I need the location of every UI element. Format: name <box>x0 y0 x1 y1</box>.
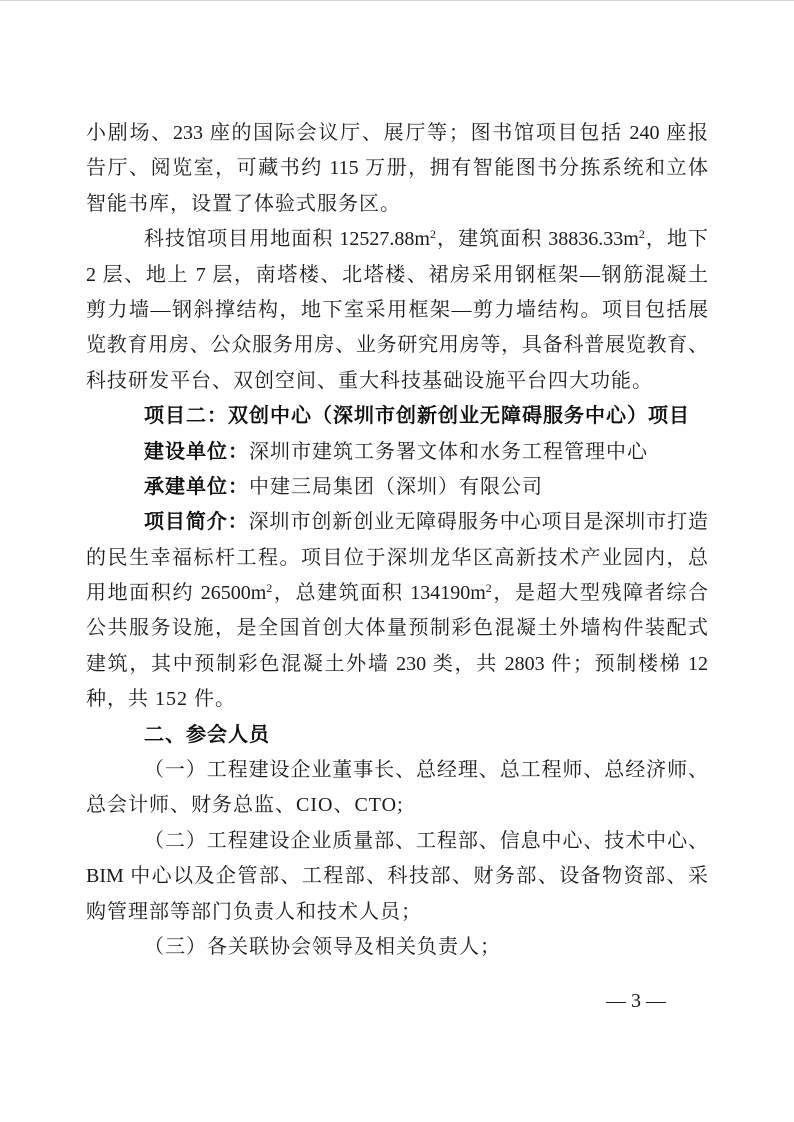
project2-intro-line-2: 的民生幸福标杆工程。项目位于深圳龙华区高新技术产业园内，总 <box>86 541 708 576</box>
participants-item3-line-1: （三）各关联协会领导及相关负责人； <box>86 930 708 965</box>
text-segment: ，总建筑面积 134190m <box>272 582 486 604</box>
text-segment: 中建三局集团（深圳）有限公司 <box>249 476 543 498</box>
page-number: — 3 — <box>86 984 708 1019</box>
para-library-line-3: 智能书库，设置了体验式服务区。 <box>86 187 708 222</box>
text-segment: 公共服务设施，是全国首创大体量预制彩色混凝土外墙构件装配式 <box>86 617 708 639</box>
para-science-museum-line-2: 2 层、地上 7 层，南塔楼、北塔楼、裙房采用钢框架—钢筋混凝土 <box>86 258 708 293</box>
project2-intro-line-3: 用地面积约 26500m2，总建筑面积 134190m2，是超大型残障者综合 <box>86 576 708 611</box>
text-segment: 剪力墙—钢斜撑结构，地下室采用框架—剪力墙结构。项目包括展 <box>86 299 708 321</box>
section-participants-heading: 二、参会人员 <box>86 718 708 753</box>
text-segment: （二）工程建设企业质量部、工程部、信息中心、技术中心、 <box>144 830 708 852</box>
text-segment: （三）各关联协会领导及相关负责人； <box>144 936 501 958</box>
text-segment: （一）工程建设企业董事长、总经理、总工程师、总经济师、 <box>144 759 708 781</box>
text-segment: 种，共 152 件。 <box>86 688 236 710</box>
project2-owner: 建设单位：深圳市建筑工务署文体和水务工程管理中心 <box>86 435 708 470</box>
para-science-museum-line-4: 览教育用房、公众服务用房、业务研究用房等，具备科普展览教育、 <box>86 328 708 363</box>
text-segment: 二、参会人员 <box>144 724 270 746</box>
participants-item1-line-1: （一）工程建设企业董事长、总经理、总工程师、总经济师、 <box>86 753 708 788</box>
project2-intro-line-4: 公共服务设施，是全国首创大体量预制彩色混凝土外墙构件装配式 <box>86 611 708 646</box>
participants-item2-line-1: （二）工程建设企业质量部、工程部、信息中心、技术中心、 <box>86 824 708 859</box>
text-segment: 建设单位： <box>144 441 249 463</box>
text-segment: 科技研发平台、双创空间、重大科技基础设施平台四大功能。 <box>86 370 653 392</box>
text-segment: 览教育用房、公众服务用房、业务研究用房等，具备科普展览教育、 <box>86 334 708 356</box>
text-segment: 深圳市建筑工务署文体和水务工程管理中心 <box>249 441 648 463</box>
project2-contractor: 承建单位：中建三局集团（深圳）有限公司 <box>86 470 708 505</box>
text-segment: 承建单位： <box>144 476 249 498</box>
para-science-museum-line-5: 科技研发平台、双创空间、重大科技基础设施平台四大功能。 <box>86 364 708 399</box>
project2-title: 项目二：双创中心（深圳市创新创业无障碍服务中心）项目 <box>86 399 708 434</box>
text-segment: 用地面积约 26500m <box>86 582 266 604</box>
participants-item1-line-2: 总会计师、财务总监、CIO、CTO; <box>86 788 708 823</box>
text-segment: 购管理部等部门负责人和技术人员； <box>86 901 422 923</box>
text-segment: BIM 中心以及企管部、工程部、科技部、财务部、设备物资部、采 <box>86 865 708 887</box>
document-body: 小剧场、233 座的国际会议厅、展厅等；图书馆项目包括 240 座报告厅、阅览室… <box>86 116 708 965</box>
text-segment: 2 层、地上 7 层，南塔楼、北塔楼、裙房采用钢框架—钢筋混凝土 <box>86 264 708 286</box>
text-segment: 告厅、阅览室，可藏书约 115 万册，拥有智能图书分拣系统和立体 <box>86 157 708 179</box>
text-segment: ，是超大型残障者综合 <box>492 582 708 604</box>
participants-item2-line-3: 购管理部等部门负责人和技术人员； <box>86 895 708 930</box>
para-library-line-2: 告厅、阅览室，可藏书约 115 万册，拥有智能图书分拣系统和立体 <box>86 151 708 186</box>
text-segment: 项目简介： <box>144 511 249 533</box>
text-segment: 项目二：双创中心（深圳市创新创业无障碍服务中心）项目 <box>144 405 690 427</box>
participants-item2-line-2: BIM 中心以及企管部、工程部、科技部、财务部、设备物资部、采 <box>86 859 708 894</box>
project2-intro-line-1: 项目简介：深圳市创新创业无障碍服务中心项目是深圳市打造 <box>86 505 708 540</box>
document-page: { "document": { "lines": [ { "name": "pa… <box>0 0 794 1122</box>
text-segment: 总会计师、财务总监、CIO、CTO; <box>86 794 404 816</box>
page-top-edge <box>0 0 794 1</box>
text-segment: 深圳市创新创业无障碍服务中心项目是深圳市打造 <box>249 511 708 533</box>
text-segment: 智能书库，设置了体验式服务区。 <box>86 193 401 215</box>
text-segment: 建筑，其中预制彩色混凝土外墙 230 类，共 2803 件；预制楼梯 12 <box>86 653 708 675</box>
text-segment: 科技馆项目用地面积 12527.88m <box>144 228 430 250</box>
para-library-line-1: 小剧场、233 座的国际会议厅、展厅等；图书馆项目包括 240 座报 <box>86 116 708 151</box>
para-science-museum-line-1: 科技馆项目用地面积 12527.88m2，建筑面积 38836.33m2，地下 <box>86 222 708 257</box>
para-science-museum-line-3: 剪力墙—钢斜撑结构，地下室采用框架—剪力墙结构。项目包括展 <box>86 293 708 328</box>
project2-intro-line-6: 种，共 152 件。 <box>86 682 708 717</box>
text-segment: ，地下 <box>645 228 708 250</box>
text-segment: 小剧场、233 座的国际会议厅、展厅等；图书馆项目包括 240 座报 <box>86 122 708 144</box>
text-segment: 的民生幸福标杆工程。项目位于深圳龙华区高新技术产业园内，总 <box>86 547 708 569</box>
project2-intro-line-5: 建筑，其中预制彩色混凝土外墙 230 类，共 2803 件；预制楼梯 12 <box>86 647 708 682</box>
text-segment: ，建筑面积 38836.33m <box>436 228 639 250</box>
